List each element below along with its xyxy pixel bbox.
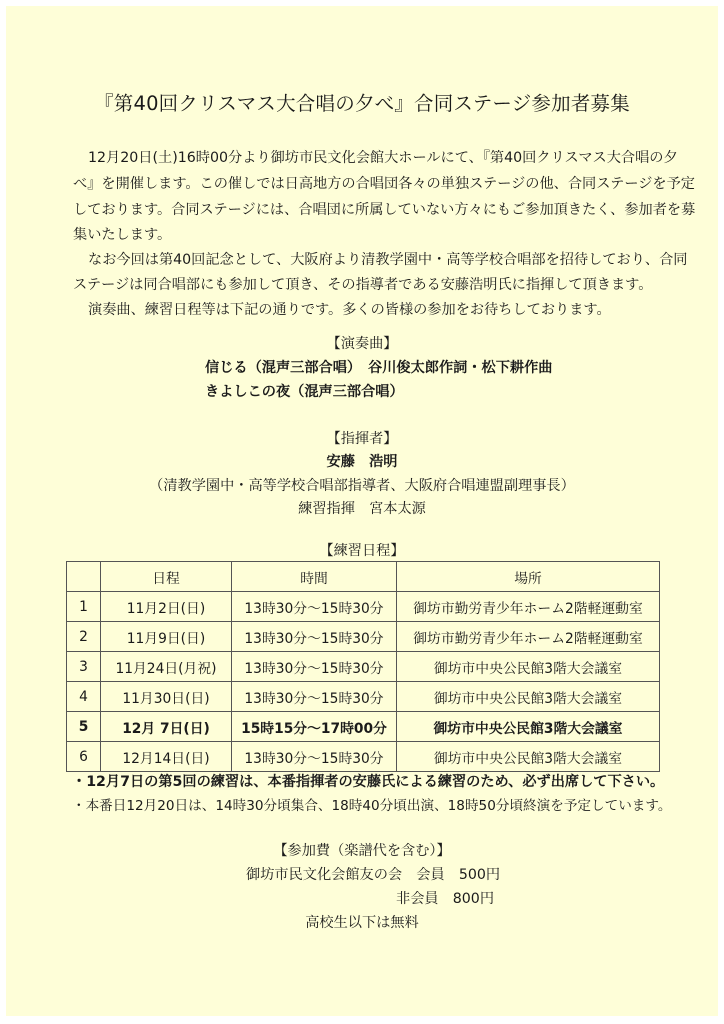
cell-place: 御坊市中央公民館3階大会議室: [397, 742, 660, 772]
cell-place: 御坊市勤労青少年ホーム2階軽運動室: [397, 622, 660, 652]
piece-title: きよしこの夜（混声三部合唱）: [205, 381, 404, 401]
cell-time: 13時30分～15時30分: [232, 622, 397, 652]
cell-date: 12月14日(日): [101, 742, 232, 772]
schedule-note: ・12月7日の第5回の練習は、本番指揮者の安藤氏による練習のため、必ず出席して下…: [72, 771, 664, 791]
conductor-affiliation: （清教学園中・高等学校合唱部指導者、大阪府合唱連盟副理事長）: [0, 475, 724, 495]
page-title: 『第40回クリスマス大合唱の夕べ』合同ステージ参加者募集: [0, 88, 724, 116]
schedule-table: 日程 時間 場所 1 11月2日(日) 13時30分～15時30分 御坊市勤労青…: [66, 561, 660, 772]
intro-line: ステージは同合唱部にも参加して頂き、その指導者である安藤浩明氏に指揮して頂きます…: [73, 275, 652, 295]
cell-place: 御坊市勤労青少年ホーム2階軽運動室: [397, 592, 660, 622]
cell-no: 6: [67, 742, 101, 772]
cell-place: 御坊市中央公民館3階大会議室: [397, 652, 660, 682]
conductor-heading: 【指揮者】: [0, 428, 724, 448]
cell-date: 12月 7日(日): [101, 712, 232, 742]
cell-date: 11月24日(月祝): [101, 652, 232, 682]
intro-line: 集いたします。: [73, 225, 171, 245]
conductor-name: 安藤 浩明: [0, 451, 724, 471]
repertoire-heading: 【演奏曲】: [0, 333, 724, 353]
cell-no: 2: [67, 622, 101, 652]
fee-non-member: 非会員 800円: [396, 888, 494, 908]
table-header-row: 日程 時間 場所: [67, 562, 660, 592]
piece-credit: 谷川俊太郎作詞・松下耕作曲: [368, 357, 552, 377]
intro-line: べ』を開催します。この催しでは日高地方の合唱団各々の単独ステージの他、合同ステー…: [73, 174, 695, 194]
column-header-place: 場所: [397, 562, 660, 592]
cell-no: 5: [67, 712, 101, 742]
cell-place: 御坊市中央公民館3階大会議室: [397, 712, 660, 742]
piece-title: 信じる（混声三部合唱）: [205, 357, 361, 377]
schedule-heading: 【練習日程】: [0, 540, 724, 560]
fee-member: 御坊市民文化会館友の会 会員 500円: [246, 864, 500, 884]
cell-place: 御坊市中央公民館3階大会議室: [397, 682, 660, 712]
cell-time: 15時15分～17時00分: [232, 712, 397, 742]
rehearsal-conductor: 練習指揮 宮本太源: [0, 498, 724, 518]
fee-students: 高校生以下は無料: [0, 912, 724, 932]
table-row-highlighted: 5 12月 7日(日) 15時15分～17時00分 御坊市中央公民館3階大会議室: [67, 712, 660, 742]
schedule-note: ・本番日12月20日は、14時30分頃集合、18時40分頃出演、18時50分頃終…: [72, 794, 671, 814]
column-header-no: [67, 562, 101, 592]
cell-date: 11月9日(日): [101, 622, 232, 652]
table-row: 6 12月14日(日) 13時30分～15時30分 御坊市中央公民館3階大会議室: [67, 742, 660, 772]
table-row: 1 11月2日(日) 13時30分～15時30分 御坊市勤労青少年ホーム2階軽運…: [67, 592, 660, 622]
cell-no: 3: [67, 652, 101, 682]
cell-no: 1: [67, 592, 101, 622]
cell-time: 13時30分～15時30分: [232, 592, 397, 622]
cell-time: 13時30分～15時30分: [232, 682, 397, 712]
intro-line: なお今回は第40回記念として、大阪府より清教学園中・高等学校合唱部を招待しており…: [88, 250, 687, 270]
cell-time: 13時30分～15時30分: [232, 742, 397, 772]
intro-line: しております。合同ステージには、合唱団に所属していない方々にもご参加頂きたく、参…: [73, 200, 695, 220]
fee-heading: 【参加費（楽譜代を含む）】: [0, 840, 724, 860]
column-header-date: 日程: [101, 562, 232, 592]
column-header-time: 時間: [232, 562, 397, 592]
cell-date: 11月30日(日): [101, 682, 232, 712]
table-row: 2 11月9日(日) 13時30分～15時30分 御坊市勤労青少年ホーム2階軽運…: [67, 622, 660, 652]
intro-line: 12月20日(土)16時00分より御坊市民文化会館大ホールにて、『第40回クリス…: [88, 148, 678, 168]
table-row: 4 11月30日(日) 13時30分～15時30分 御坊市中央公民館3階大会議室: [67, 682, 660, 712]
table-row: 3 11月24日(月祝) 13時30分～15時30分 御坊市中央公民館3階大会議…: [67, 652, 660, 682]
cell-no: 4: [67, 682, 101, 712]
intro-line: 演奏曲、練習日程等は下記の通りです。多くの皆様の参加をお待ちしております。: [88, 300, 611, 320]
cell-time: 13時30分～15時30分: [232, 652, 397, 682]
cell-date: 11月2日(日): [101, 592, 232, 622]
